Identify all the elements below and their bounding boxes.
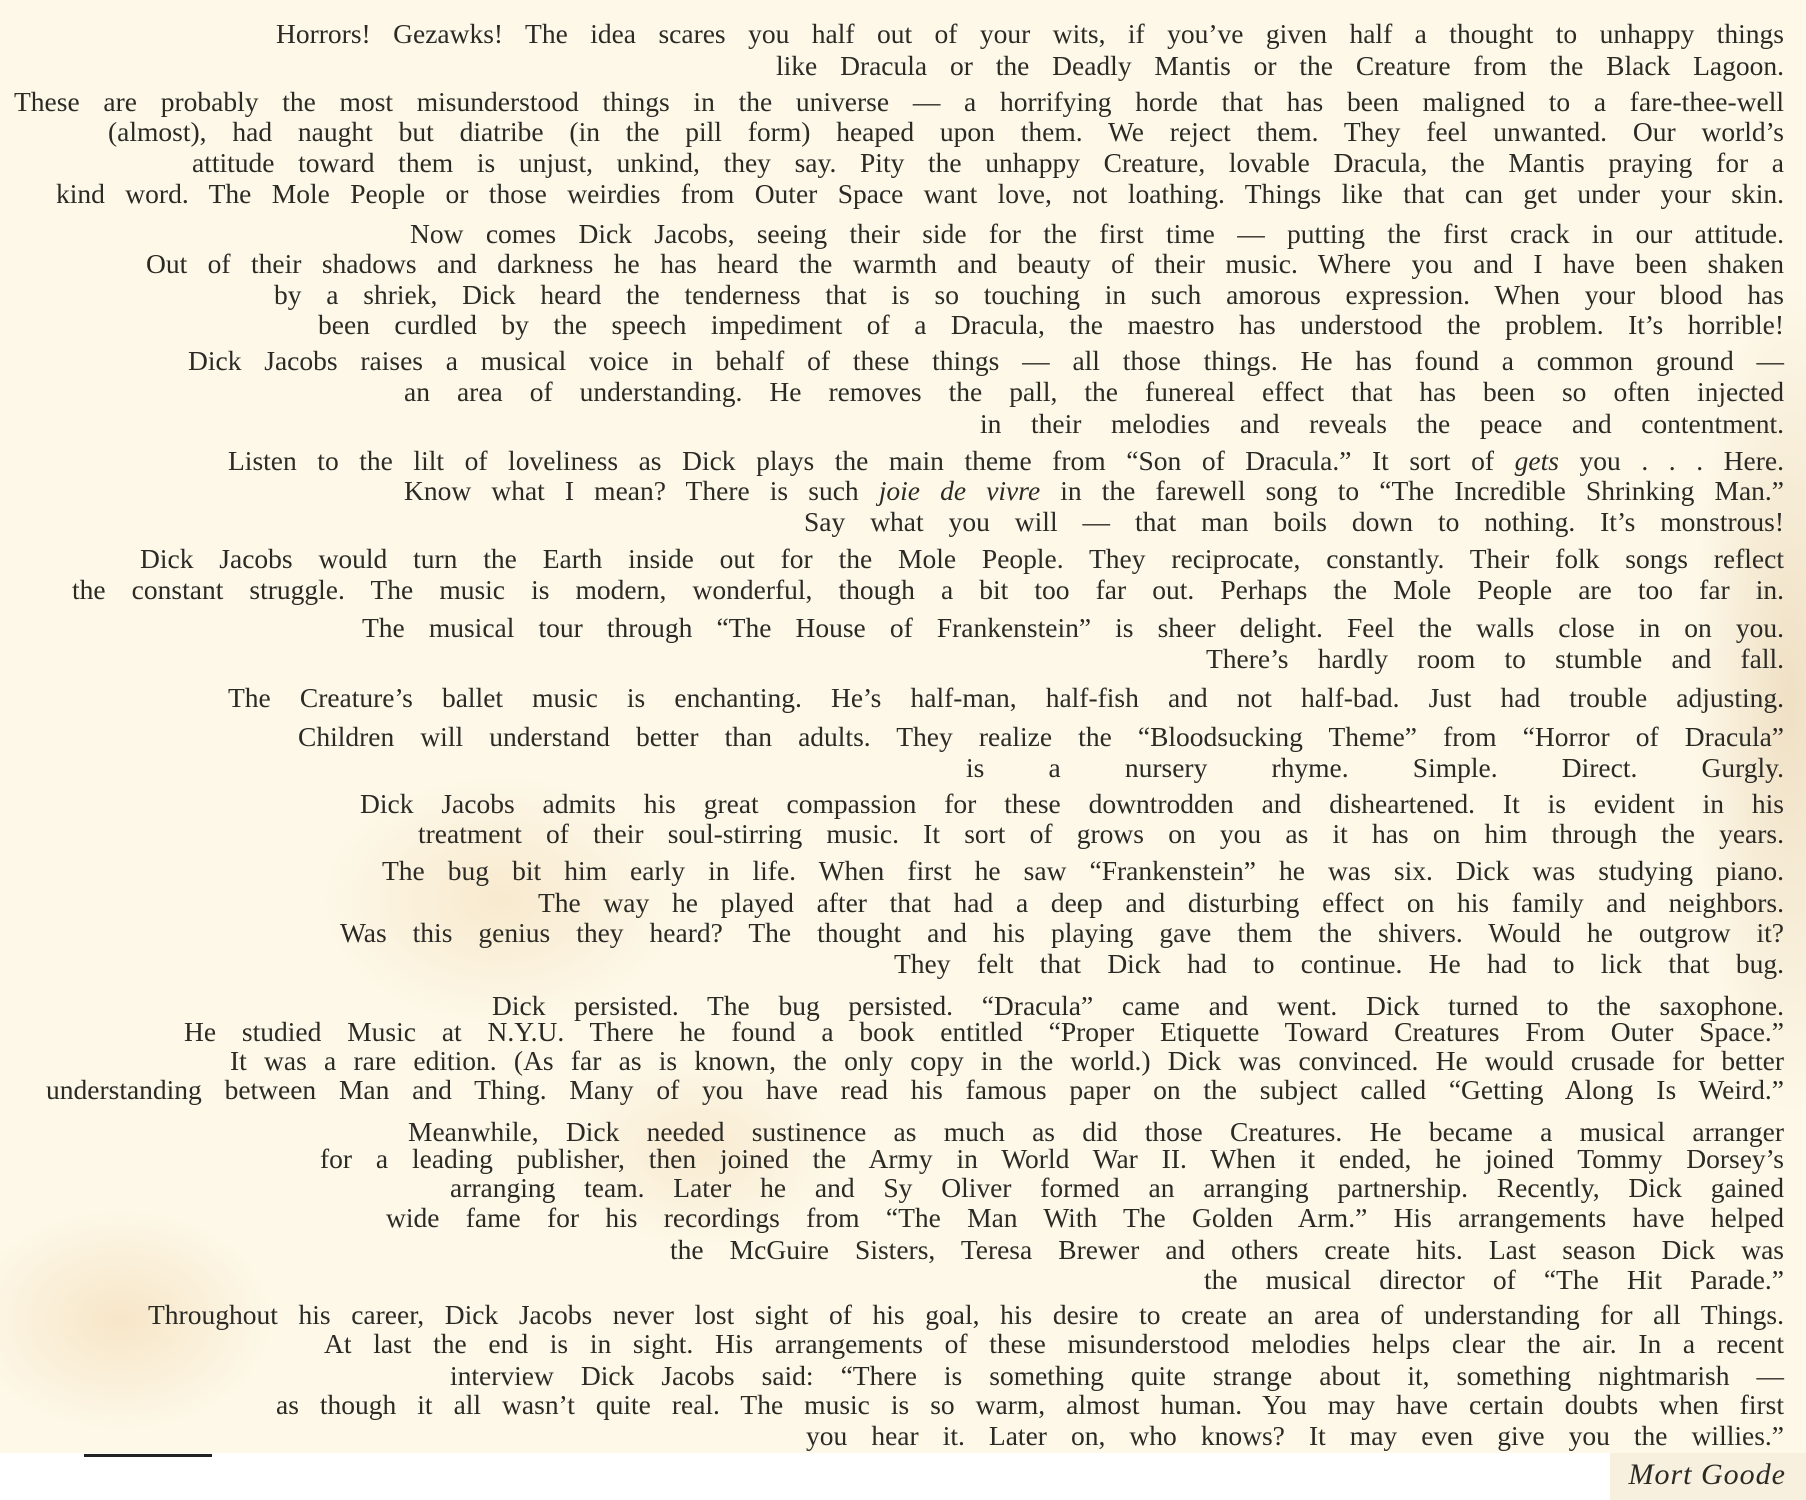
- author-signature: Mort Goode: [1629, 1458, 1786, 1492]
- text-line: Out of their shadows and darkness he has…: [146, 248, 1784, 280]
- text-line: like Dracula or the Deadly Mantis or the…: [776, 50, 1784, 82]
- text-line: arranging team. Later he and Sy Oliver f…: [450, 1172, 1784, 1204]
- text-line: Listen to the lilt of loveliness as Dick…: [228, 445, 1784, 477]
- scan-rule-mark: [84, 1454, 212, 1457]
- text-line: Know what I mean? There is such joie de …: [404, 475, 1784, 507]
- text-line: for a leading publisher, then joined the…: [320, 1143, 1784, 1175]
- text-line: They felt that Dick had to continue. He …: [894, 948, 1784, 980]
- text-line: These are probably the most misunderstoo…: [14, 86, 1784, 118]
- text-line: been curdled by the speech impediment of…: [318, 309, 1784, 341]
- text-line: (almost), had naught but diatribe (in th…: [108, 116, 1784, 148]
- text-line: treatment of their soul-stirring music. …: [418, 818, 1784, 850]
- text-line: is a nursery rhyme. Simple. Direct. Gurg…: [966, 752, 1784, 784]
- text-line: in their melodies and reveals the peace …: [980, 408, 1784, 440]
- text-line: The way he played after that had a deep …: [538, 887, 1784, 919]
- emphasis: gets: [1515, 445, 1559, 476]
- text-line: an area of understanding. He removes the…: [404, 376, 1784, 408]
- text-line: as though it all wasn’t quite real. The …: [276, 1389, 1784, 1421]
- text-line: wide fame for his recordings from “The M…: [386, 1202, 1784, 1234]
- text-line: There’s hardly room to stumble and fall.: [1206, 643, 1784, 675]
- text-line: Throughout his career, Dick Jacobs never…: [148, 1299, 1784, 1331]
- text-line: Say what you will — that man boils down …: [804, 506, 1784, 538]
- text-line: understanding between Man and Thing. Man…: [46, 1074, 1784, 1106]
- text-line: Was this genius they heard? The thought …: [340, 917, 1784, 949]
- text-line: attitude toward them is unjust, unkind, …: [192, 147, 1784, 179]
- text-line: interview Dick Jacobs said: “There is so…: [450, 1360, 1784, 1392]
- text-line: He studied Music at N.Y.U. There he foun…: [184, 1016, 1784, 1048]
- text-line: Horrors! Gezawks! The idea scares you ha…: [276, 18, 1784, 50]
- text-line: The Creature’s ballet music is enchantin…: [228, 682, 1784, 714]
- text-line: The musical tour through “The House of F…: [362, 612, 1784, 644]
- emphasis: joie de vivre: [879, 475, 1040, 506]
- text-line: kind word. The Mole People or those weir…: [56, 178, 1784, 210]
- text-line: Children will understand better than adu…: [298, 721, 1784, 753]
- text-line: At last the end is in sight. His arrange…: [324, 1328, 1784, 1360]
- text-line: Now comes Dick Jacobs, seeing their side…: [410, 218, 1784, 250]
- text-line: the musical director of “The Hit Parade.…: [1204, 1264, 1784, 1296]
- text-line: the McGuire Sisters, Teresa Brewer and o…: [670, 1234, 1784, 1266]
- text-line: the constant struggle. The music is mode…: [72, 574, 1784, 606]
- text-line: by a shriek, Dick heard the tenderness t…: [274, 279, 1784, 311]
- text-line: Dick Jacobs raises a musical voice in be…: [188, 345, 1784, 377]
- text-line: you hear it. Later on, who knows? It may…: [806, 1420, 1784, 1452]
- text-line: The bug bit him early in life. When firs…: [382, 855, 1784, 887]
- text-line: Dick Jacobs would turn the Earth inside …: [140, 543, 1784, 575]
- text-line: Dick Jacobs admits his great compassion …: [360, 788, 1784, 820]
- text-line: It was a rare edition. (As far as is kno…: [230, 1045, 1784, 1077]
